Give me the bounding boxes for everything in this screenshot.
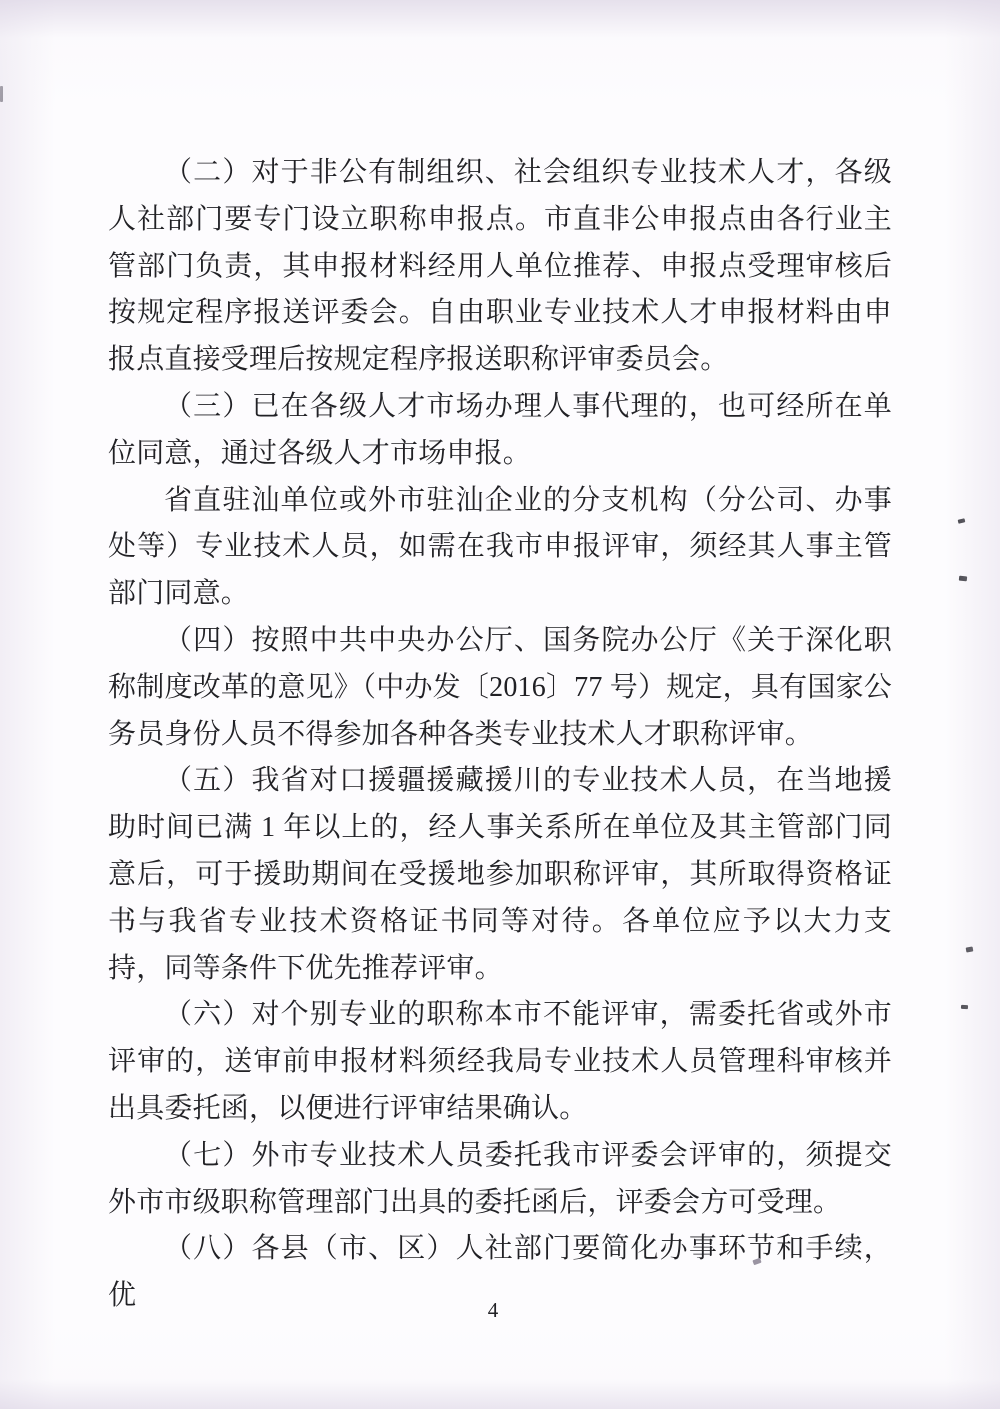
paragraph-item-4: （四）按照中共中央办公厅、国务院办公厅《关于深化职称制度改革的意见》（中办发〔2… bbox=[108, 618, 892, 758]
scan-speck bbox=[959, 576, 967, 582]
paragraph-item-5: （五）我省对口援疆援藏援川的专业技术人员，在当地援助时间已满 1 年以上的，经人… bbox=[108, 758, 892, 992]
paragraph-item-2: （二）对于非公有制组织、社会组织专业技术人才，各级人社部门要专门设立职称申报点。… bbox=[108, 150, 892, 384]
paragraph-item-3: （三）已在各级人才市场办理人事代理的，也可经所在单位同意，通过各级人才市场申报。 bbox=[108, 384, 892, 478]
paragraph-item-3-continued: 省直驻汕单位或外市驻汕企业的分支机构（分公司、办事处等）专业技术人员，如需在我市… bbox=[108, 478, 892, 618]
scan-speck bbox=[0, 86, 3, 102]
scanned-document-page: { "document": { "language": "zh-CN", "ki… bbox=[0, 0, 1000, 1409]
paragraph-item-7: （七）外市专业技术人员委托我市评委会评审的，须提交外市市级职称管理部门出具的委托… bbox=[108, 1133, 892, 1227]
paragraph-item-6: （六）对个别专业的职称本市不能评审，需委托省或外市评审的，送审前申报材料须经我局… bbox=[108, 992, 892, 1132]
page-number: 4 bbox=[488, 1298, 499, 1323]
scan-speck bbox=[961, 1005, 968, 1009]
page-footer: 4 bbox=[0, 1298, 1000, 1323]
document-text-block: （二）对于非公有制组织、社会组织专业技术人才，各级人社部门要专门设立职称申报点。… bbox=[108, 150, 892, 1320]
